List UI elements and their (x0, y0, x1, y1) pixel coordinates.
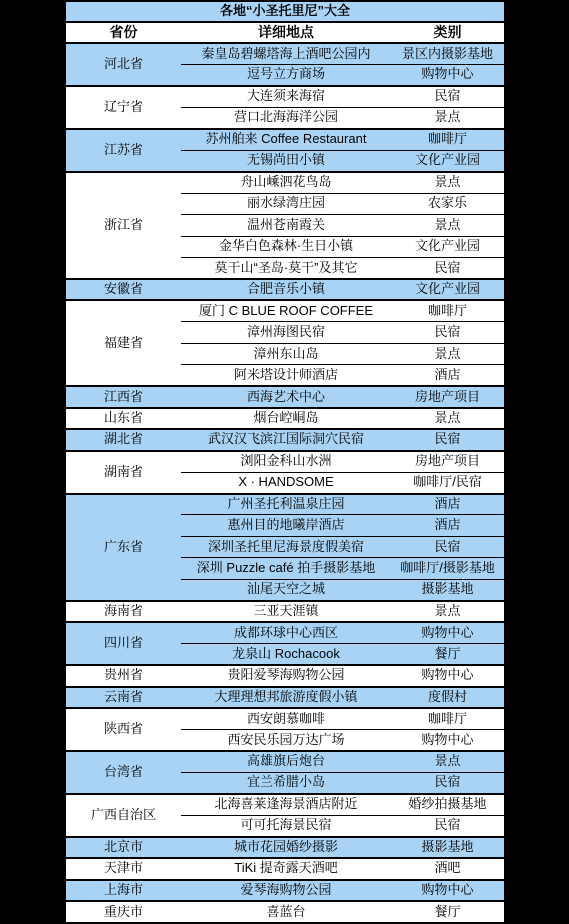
category-cell: 咖啡厅 (391, 129, 505, 150)
table-row: 福建省厦门 C BLUE ROOF COFFEE咖啡厅 (65, 300, 505, 321)
place-cell: 大理理想邦旅游度假小镇 (181, 687, 391, 708)
place-cell: 西安朗慕咖啡 (181, 708, 391, 729)
santorini-table: 各地“小圣托里尼”大全 省份 详细地点 类别 河北省秦皇岛碧螺塔海上酒吧公园内景… (64, 0, 506, 924)
table-row: 四川省成都环球中心西区购物中心 (65, 622, 505, 643)
province-cell: 福建省 (65, 300, 181, 386)
place-cell: 爱琴海购物公园 (181, 880, 391, 901)
table-row: 安徽省合肥音乐小镇文化产业园 (65, 279, 505, 300)
place-cell: 秦皇岛碧螺塔海上酒吧公园内 (181, 43, 391, 64)
santorini-table-wrap: 各地“小圣托里尼”大全 省份 详细地点 类别 河北省秦皇岛碧螺塔海上酒吧公园内景… (64, 0, 504, 924)
province-cell: 重庆市 (65, 901, 181, 923)
table-row: 广西自治区北海喜莱逢海景酒店附近婚纱拍摄基地 (65, 794, 505, 815)
category-cell: 民宿 (391, 429, 505, 450)
table-row: 辽宁省大连须来海宿民宿 (65, 86, 505, 107)
province-cell: 上海市 (65, 880, 181, 901)
category-cell: 文化产业园 (391, 236, 505, 257)
place-cell: 舟山嵊泗花鸟岛 (181, 172, 391, 193)
province-cell: 天津市 (65, 858, 181, 879)
category-cell: 购物中心 (391, 622, 505, 643)
province-cell: 海南省 (65, 601, 181, 622)
table-row: 陕西省西安朗慕咖啡咖啡厅 (65, 708, 505, 729)
place-cell: 可可托海景民宿 (181, 815, 391, 836)
place-cell: 莫干山“圣岛·莫干”及其它 (181, 258, 391, 279)
table-row: 北京市城市花园婚纱摄影摄影基地 (65, 837, 505, 858)
province-cell: 湖南省 (65, 451, 181, 494)
province-cell: 广东省 (65, 494, 181, 601)
place-cell: 金华白色森林·生日小镇 (181, 236, 391, 257)
category-cell: 景点 (391, 107, 505, 128)
column-header-province: 省份 (65, 22, 181, 43)
place-cell: 苏州舶来 Coffee Restaurant (181, 129, 391, 150)
category-cell: 婚纱拍摄基地 (391, 794, 505, 815)
category-cell: 咖啡厅 (391, 708, 505, 729)
category-cell: 景区内摄影基地 (391, 43, 505, 64)
column-header-category: 类别 (391, 22, 505, 43)
category-cell: 酒店 (391, 494, 505, 515)
place-cell: 逗号立方商场 (181, 64, 391, 85)
table-row: 江西省西海艺术中心房地产项目 (65, 386, 505, 407)
header-row: 省份 详细地点 类别 (65, 22, 505, 43)
category-cell: 酒吧 (391, 858, 505, 879)
table-row: 上海市爱琴海购物公园购物中心 (65, 880, 505, 901)
category-cell: 文化产业园 (391, 279, 505, 300)
category-cell: 咖啡厅 (391, 300, 505, 321)
table-title: 各地“小圣托里尼”大全 (65, 1, 505, 22)
place-cell: 大连须来海宿 (181, 86, 391, 107)
province-cell: 北京市 (65, 837, 181, 858)
category-cell: 景点 (391, 172, 505, 193)
province-cell: 陕西省 (65, 708, 181, 751)
place-cell: 漳州海图民宿 (181, 322, 391, 343)
category-cell: 景点 (391, 408, 505, 429)
province-cell: 四川省 (65, 622, 181, 665)
column-header-place: 详细地点 (181, 22, 391, 43)
province-cell: 江苏省 (65, 129, 181, 172)
place-cell: 汕尾天空之城 (181, 579, 391, 600)
category-cell: 购物中心 (391, 880, 505, 901)
category-cell: 购物中心 (391, 665, 505, 686)
place-cell: 龙泉山 Rochacook (181, 644, 391, 665)
title-row: 各地“小圣托里尼”大全 (65, 1, 505, 22)
province-cell: 台湾省 (65, 751, 181, 794)
category-cell: 农家乐 (391, 193, 505, 214)
place-cell: TiKi 提奇露天酒吧 (181, 858, 391, 879)
category-cell: 民宿 (391, 258, 505, 279)
place-cell: 丽水绿湾庄园 (181, 193, 391, 214)
category-cell: 摄影基地 (391, 579, 505, 600)
place-cell: 宜兰希腊小岛 (181, 772, 391, 793)
place-cell: 浏阳金科山水洲 (181, 451, 391, 472)
place-cell: 温州苍南霞关 (181, 215, 391, 236)
category-cell: 餐厅 (391, 901, 505, 923)
place-cell: 西安民乐园万达广场 (181, 730, 391, 751)
place-cell: X · HANDSOME (181, 472, 391, 493)
category-cell: 景点 (391, 751, 505, 772)
place-cell: 惠州目的地曦岸酒店 (181, 515, 391, 536)
table-row: 台湾省高雄旗后炮台景点 (65, 751, 505, 772)
category-cell: 房地产项目 (391, 386, 505, 407)
province-cell: 河北省 (65, 43, 181, 86)
category-cell: 民宿 (391, 536, 505, 557)
table-row: 云南省大理理想邦旅游度假小镇度假村 (65, 687, 505, 708)
table-row: 湖南省浏阳金科山水洲房地产项目 (65, 451, 505, 472)
place-cell: 厦门 C BLUE ROOF COFFEE (181, 300, 391, 321)
table-row: 山东省烟台崆峒岛景点 (65, 408, 505, 429)
place-cell: 武汉汉飞滨江国际洞穴民宿 (181, 429, 391, 450)
place-cell: 合肥音乐小镇 (181, 279, 391, 300)
province-cell: 云南省 (65, 687, 181, 708)
province-cell: 安徽省 (65, 279, 181, 300)
table-row: 海南省三亚天涯镇景点 (65, 601, 505, 622)
table-row: 重庆市喜蓝台餐厅 (65, 901, 505, 923)
table-row: 江苏省苏州舶来 Coffee Restaurant咖啡厅 (65, 129, 505, 150)
province-cell: 山东省 (65, 408, 181, 429)
category-cell: 文化产业园 (391, 150, 505, 171)
category-cell: 房地产项目 (391, 451, 505, 472)
place-cell: 广州圣托利温泉庄园 (181, 494, 391, 515)
place-cell: 烟台崆峒岛 (181, 408, 391, 429)
category-cell: 摄影基地 (391, 837, 505, 858)
province-cell: 浙江省 (65, 172, 181, 279)
province-cell: 江西省 (65, 386, 181, 407)
category-cell: 咖啡厅/民宿 (391, 472, 505, 493)
province-cell: 广西自治区 (65, 794, 181, 837)
table-row: 贵州省贵阳爱琴海购物公园购物中心 (65, 665, 505, 686)
place-cell: 成都环球中心西区 (181, 622, 391, 643)
place-cell: 营口北海海洋公园 (181, 107, 391, 128)
place-cell: 漳州东山岛 (181, 343, 391, 364)
province-cell: 辽宁省 (65, 86, 181, 129)
place-cell: 西海艺术中心 (181, 386, 391, 407)
category-cell: 餐厅 (391, 644, 505, 665)
table-row: 浙江省舟山嵊泗花鸟岛景点 (65, 172, 505, 193)
category-cell: 景点 (391, 215, 505, 236)
category-cell: 景点 (391, 343, 505, 364)
table-row: 湖北省武汉汉飞滨江国际洞穴民宿民宿 (65, 429, 505, 450)
province-cell: 贵州省 (65, 665, 181, 686)
place-cell: 高雄旗后炮台 (181, 751, 391, 772)
category-cell: 酒店 (391, 365, 505, 386)
place-cell: 城市花园婚纱摄影 (181, 837, 391, 858)
place-cell: 深圳 Puzzle café 拍手摄影基地 (181, 558, 391, 579)
category-cell: 咖啡厅/摄影基地 (391, 558, 505, 579)
table-row: 河北省秦皇岛碧螺塔海上酒吧公园内景区内摄影基地 (65, 43, 505, 64)
place-cell: 深圳圣托里尼海景度假美宿 (181, 536, 391, 557)
place-cell: 阿米塔设计师酒店 (181, 365, 391, 386)
category-cell: 民宿 (391, 322, 505, 343)
category-cell: 景点 (391, 601, 505, 622)
place-cell: 无锡尚田小镇 (181, 150, 391, 171)
place-cell: 三亚天涯镇 (181, 601, 391, 622)
category-cell: 酒店 (391, 515, 505, 536)
place-cell: 喜蓝台 (181, 901, 391, 923)
province-cell: 湖北省 (65, 429, 181, 450)
category-cell: 民宿 (391, 815, 505, 836)
category-cell: 民宿 (391, 772, 505, 793)
category-cell: 购物中心 (391, 64, 505, 85)
table-row: 广东省广州圣托利温泉庄园酒店 (65, 494, 505, 515)
table-body: 河北省秦皇岛碧螺塔海上酒吧公园内景区内摄影基地逗号立方商场购物中心辽宁省大连须来… (65, 43, 505, 923)
category-cell: 购物中心 (391, 730, 505, 751)
category-cell: 度假村 (391, 687, 505, 708)
place-cell: 贵阳爱琴海购物公园 (181, 665, 391, 686)
category-cell: 民宿 (391, 86, 505, 107)
table-row: 天津市TiKi 提奇露天酒吧酒吧 (65, 858, 505, 879)
place-cell: 北海喜莱逢海景酒店附近 (181, 794, 391, 815)
